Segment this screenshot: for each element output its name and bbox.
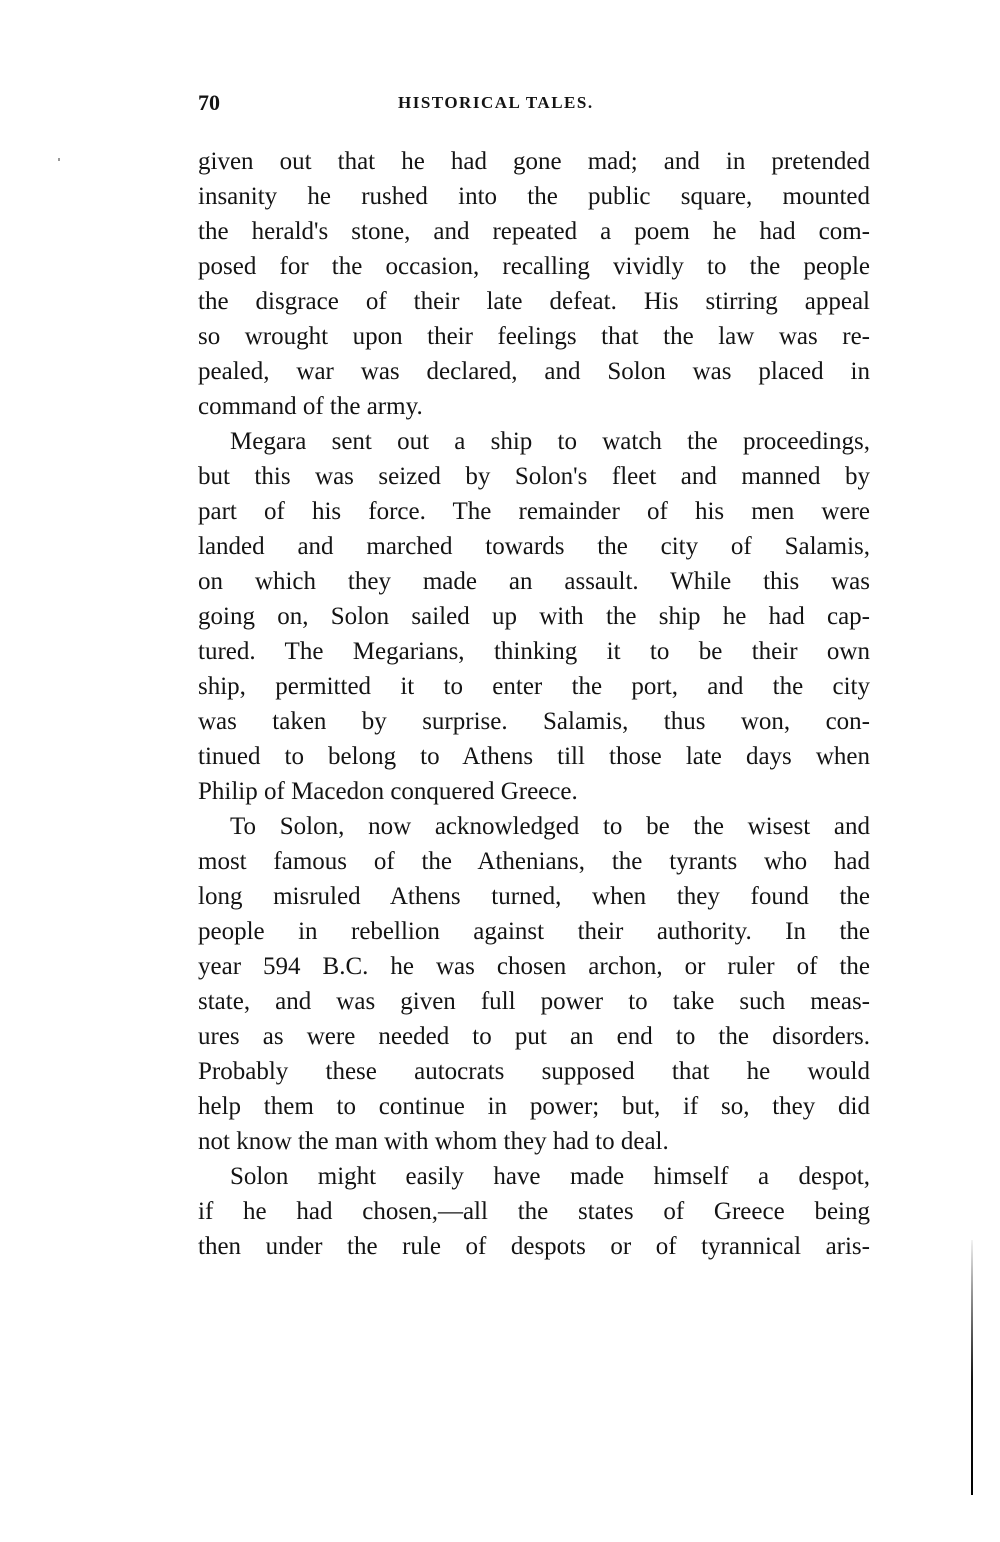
text-line: part of his force. The remainder of his …	[198, 494, 870, 529]
body-text: given out that he had gone mad; and in p…	[198, 144, 870, 1264]
text-line: posed for the occasion, recalling vividl…	[198, 249, 870, 284]
page-number: 70	[198, 90, 220, 116]
book-page: 70 HISTORICAL TALES. given out that he h…	[198, 90, 870, 1264]
running-title: HISTORICAL TALES.	[398, 93, 594, 113]
text-line: Megara sent out a ship to watch the proc…	[198, 424, 870, 459]
text-line: command of the army.	[198, 389, 870, 424]
text-line: on which they made an assault. While thi…	[198, 564, 870, 599]
paragraph: Megara sent out a ship to watch the proc…	[198, 424, 870, 809]
text-line: the herald's stone, and repeated a poem …	[198, 214, 870, 249]
text-line: given out that he had gone mad; and in p…	[198, 144, 870, 179]
text-line: tinued to belong to Athens till those la…	[198, 739, 870, 774]
text-line: ures as were needed to put an end to the…	[198, 1019, 870, 1054]
text-line: help them to continue in power; but, if …	[198, 1089, 870, 1124]
scan-artifact-speck	[58, 158, 60, 161]
text-line: Philip of Macedon conquered Greece.	[198, 774, 870, 809]
text-line: but this was seized by Solon's fleet and…	[198, 459, 870, 494]
text-line: Solon might easily have made himself a d…	[198, 1159, 870, 1194]
text-line: so wrought upon their feelings that the …	[198, 319, 870, 354]
text-line: landed and marched towards the city of S…	[198, 529, 870, 564]
text-line: Probably these autocrats supposed that h…	[198, 1054, 870, 1089]
paragraph: To Solon, now acknowledged to be the wis…	[198, 809, 870, 1159]
paragraph: given out that he had gone mad; and in p…	[198, 144, 870, 424]
text-line: most famous of the Athenians, the tyrant…	[198, 844, 870, 879]
running-head: 70 HISTORICAL TALES.	[198, 90, 870, 124]
text-line: people in rebellion against their author…	[198, 914, 870, 949]
text-line: year 594 B.C. he was chosen archon, or r…	[198, 949, 870, 984]
text-line: then under the rule of despots or of tyr…	[198, 1229, 870, 1264]
text-line: To Solon, now acknowledged to be the wis…	[198, 809, 870, 844]
scan-page-edge-line	[971, 1240, 973, 1495]
text-line: insanity he rushed into the public squar…	[198, 179, 870, 214]
text-line: was taken by surprise. Salamis, thus won…	[198, 704, 870, 739]
text-line: long misruled Athens turned, when they f…	[198, 879, 870, 914]
paragraph: Solon might easily have made himself a d…	[198, 1159, 870, 1264]
text-line: if he had chosen,—all the states of Gree…	[198, 1194, 870, 1229]
text-line: ship, permitted it to enter the port, an…	[198, 669, 870, 704]
text-line: tured. The Megarians, thinking it to be …	[198, 634, 870, 669]
text-line: not know the man with whom they had to d…	[198, 1124, 870, 1159]
text-line: going on, Solon sailed up with the ship …	[198, 599, 870, 634]
text-line: pealed, war was declared, and Solon was …	[198, 354, 870, 389]
text-line: the disgrace of their late defeat. His s…	[198, 284, 870, 319]
text-line: state, and was given full power to take …	[198, 984, 870, 1019]
